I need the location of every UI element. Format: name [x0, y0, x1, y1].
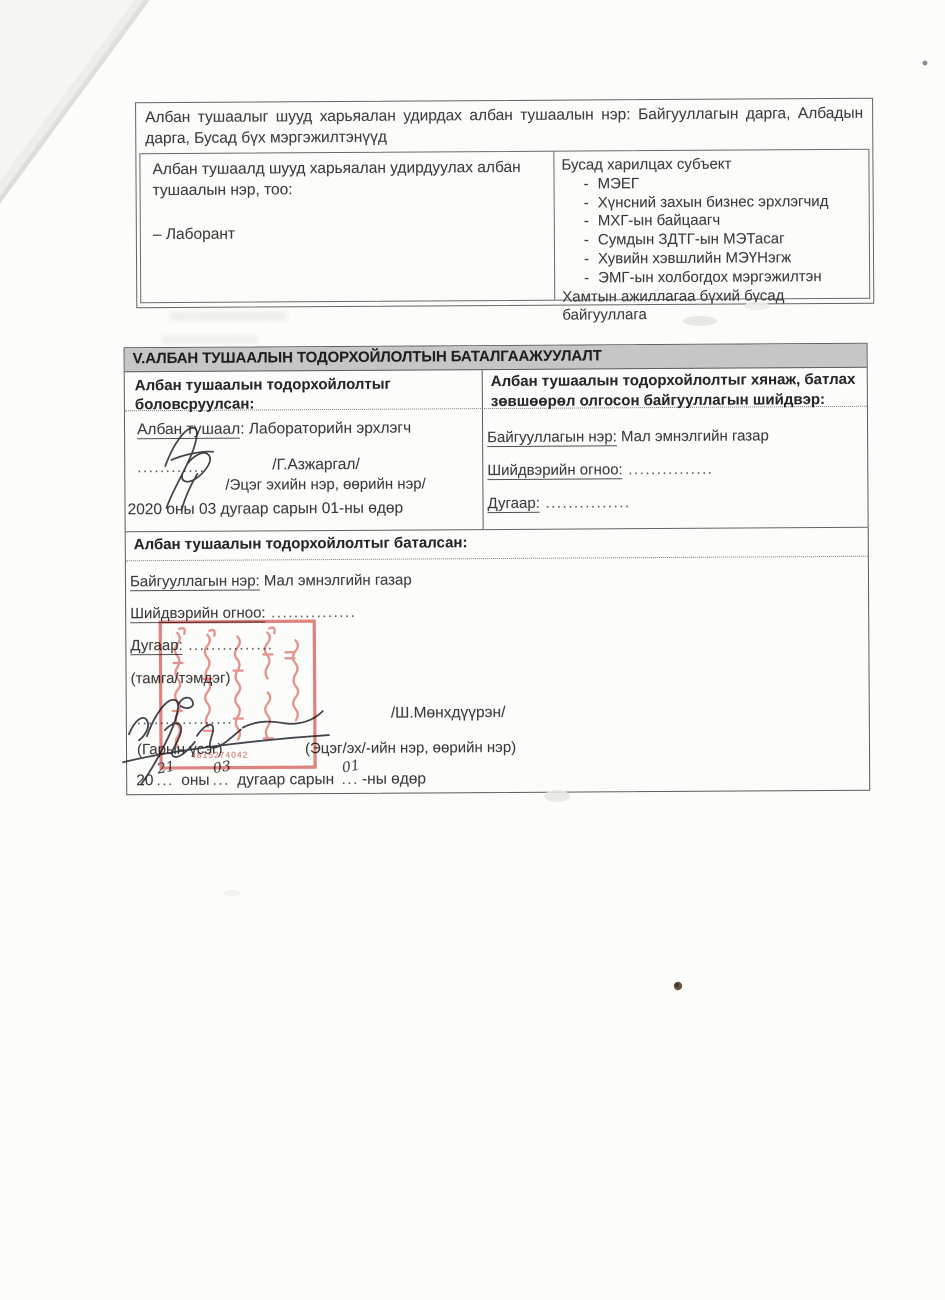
scanned-document-page: Албан тушаалыг шууд харьяалан удирдах ал…: [0, 0, 945, 1300]
smudge: [744, 302, 770, 310]
paper-speck-core: [675, 983, 679, 987]
scan-artifacts-layer: [0, 0, 945, 1300]
smudge: [683, 316, 717, 326]
scan-speck: [923, 61, 928, 66]
smudge: [223, 890, 241, 896]
smudge: [544, 790, 570, 802]
